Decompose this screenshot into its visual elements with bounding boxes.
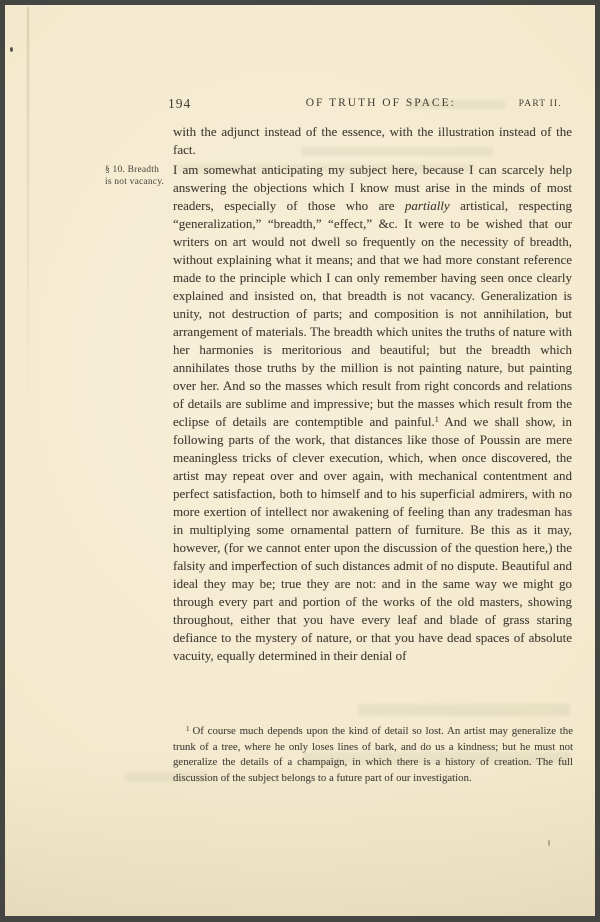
ink-speck: [10, 47, 13, 52]
paragraph-2-text-c: And we shall show, in following parts of…: [173, 414, 572, 663]
paragraph-1-text: with the adjunct instead of the essence,…: [173, 124, 572, 157]
scanned-book-page: 194 OF TRUTH OF SPACE: PART II. § 10. Br…: [0, 0, 600, 922]
footnote-marker: 1: [186, 725, 190, 733]
ink-speck: [548, 840, 550, 846]
footnote-text: Of course much depends upon the kind of …: [173, 725, 573, 784]
footnote-paragraph: 1Of course much depends upon the kind of…: [173, 724, 573, 786]
paragraph-2: I am somewhat anticipating my subject he…: [173, 161, 572, 665]
paragraph-1: with the adjunct instead of the essence,…: [173, 123, 572, 159]
footnote: 1Of course much depends upon the kind of…: [173, 724, 573, 786]
margin-note-line-1: § 10. Breadth: [105, 165, 169, 177]
part-label: PART II.: [519, 99, 562, 109]
page-crease: [27, 7, 29, 407]
margin-note: § 10. Breadth is not vacancy.: [105, 165, 169, 188]
italic-word: partially: [405, 198, 450, 213]
running-title: OF TRUTH OF SPACE:: [306, 97, 456, 109]
show-through-artifact: [358, 704, 570, 716]
body-text: with the adjunct instead of the essence,…: [173, 123, 572, 665]
page-paper: 194 OF TRUTH OF SPACE: PART II. § 10. Br…: [5, 5, 595, 916]
margin-note-line-2: is not vacancy.: [105, 177, 169, 189]
page-header: 194 OF TRUTH OF SPACE: PART II.: [168, 96, 562, 112]
paragraph-2-text-b: artistical, respecting “generalization,”…: [173, 198, 572, 429]
page-number: 194: [168, 96, 191, 112]
